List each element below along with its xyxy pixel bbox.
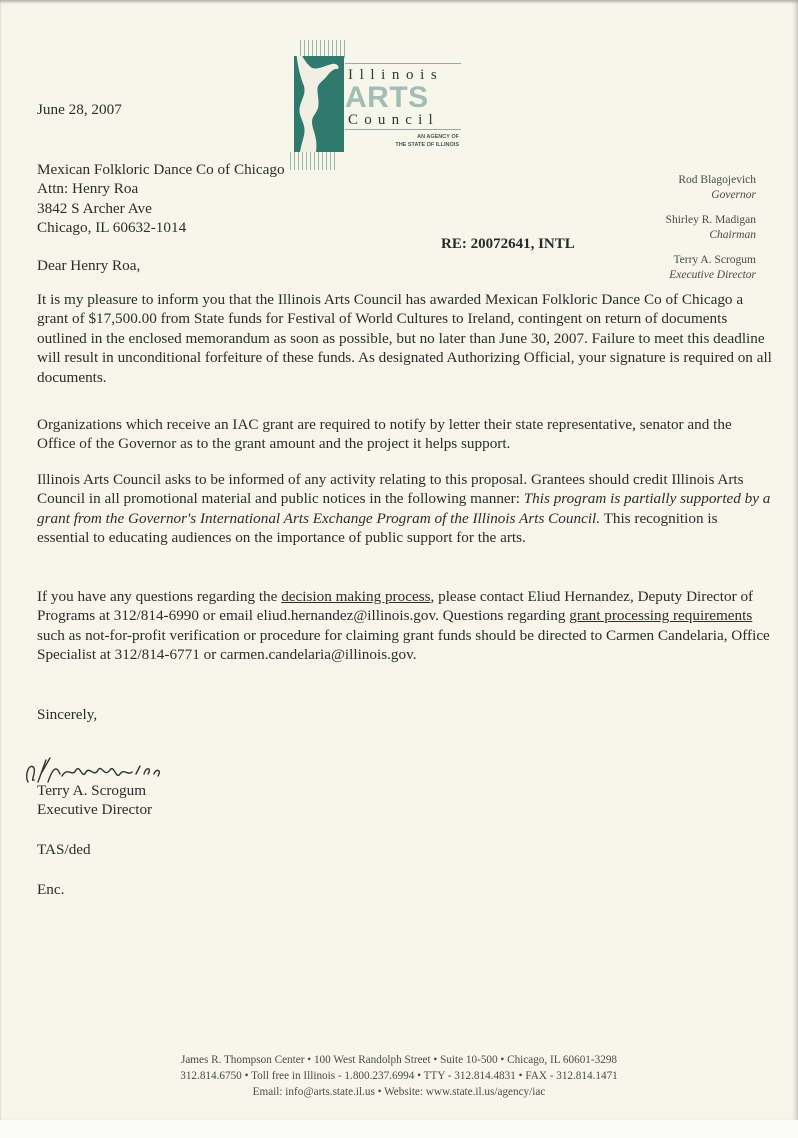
contacts-text-a: If you have any questions regarding the xyxy=(37,588,281,605)
logo-rule-bottom xyxy=(345,129,461,130)
reference-line: RE: 20072641, INTL xyxy=(441,236,575,253)
grant-processing-requirements-text: grant processing requirements xyxy=(569,607,752,624)
official-name: Terry A. Scrogum xyxy=(666,253,756,268)
logo-rule-top xyxy=(345,63,461,64)
paragraph-credit: Illinois Arts Council asks to be informe… xyxy=(37,470,772,548)
typist-initials: TAS/ded xyxy=(37,840,91,859)
logo-agency-text: AN AGENCY OF THE STATE OF ILLINOIS xyxy=(395,133,459,149)
sculpture-figure-icon xyxy=(294,56,344,152)
footer-email-web: Email: info@arts.state.il.us • Website: … xyxy=(0,1084,798,1100)
paragraph-contacts: If you have any questions regarding the … xyxy=(37,587,772,665)
official-chairman: Shirley R. Madigan Chairman xyxy=(666,213,756,243)
agency-line-2: THE STATE OF ILLINOIS xyxy=(395,141,459,149)
recipient-city: Chicago, IL 60632-1014 xyxy=(37,218,285,237)
agency-line-1: AN AGENCY OF xyxy=(395,133,459,141)
official-name: Rod Blagojevich xyxy=(666,173,756,188)
recipient-org: Mexican Folkloric Dance Co of Chicago xyxy=(37,160,285,179)
official-role: Governor xyxy=(666,188,756,203)
enclosure-note: Enc. xyxy=(37,880,64,899)
scan-background xyxy=(0,1120,798,1138)
recipient-attn: Attn: Henry Roa xyxy=(37,179,285,198)
logo-council-text: Council xyxy=(348,112,439,129)
decision-making-process-text: decision making process xyxy=(281,588,430,605)
paragraph-notification: Organizations which receive an IAC grant… xyxy=(37,415,772,454)
signer-name: Terry A. Scrogum xyxy=(37,781,146,800)
salutation: Dear Henry Roa, xyxy=(37,256,140,275)
paragraph-award: It is my pleasure to inform you that the… xyxy=(37,290,772,387)
footer-phones: 312.814.6750 • Toll free in Illinois - 1… xyxy=(0,1068,798,1084)
footer-address: James R. Thompson Center • 100 West Rand… xyxy=(0,1052,798,1068)
closing: Sincerely, xyxy=(37,705,97,724)
iac-logo: Illinois ARTS Council AN AGENCY OF THE S… xyxy=(290,40,465,170)
official-executive-director: Terry A. Scrogum Executive Director xyxy=(666,253,756,283)
recipient-street: 3842 S Archer Ave xyxy=(37,199,285,218)
signer-title: Executive Director xyxy=(37,800,152,819)
letter-date: June 28, 2007 xyxy=(37,100,122,119)
logo-arts-text: ARTS xyxy=(345,84,429,112)
recipient-address: Mexican Folkloric Dance Co of Chicago At… xyxy=(37,160,285,238)
logo-panel xyxy=(294,56,344,152)
contacts-text-c: such as not-for-profit verification or p… xyxy=(37,627,770,663)
official-role: Chairman xyxy=(666,228,756,243)
logo-hatch-bottom xyxy=(290,152,338,170)
official-role: Executive Director xyxy=(666,268,756,283)
letterhead-footer: James R. Thompson Center • 100 West Rand… xyxy=(0,1052,798,1100)
official-governor: Rod Blagojevich Governor xyxy=(666,173,756,203)
officials-list: Rod Blagojevich Governor Shirley R. Madi… xyxy=(666,173,756,293)
official-name: Shirley R. Madigan xyxy=(666,213,756,228)
